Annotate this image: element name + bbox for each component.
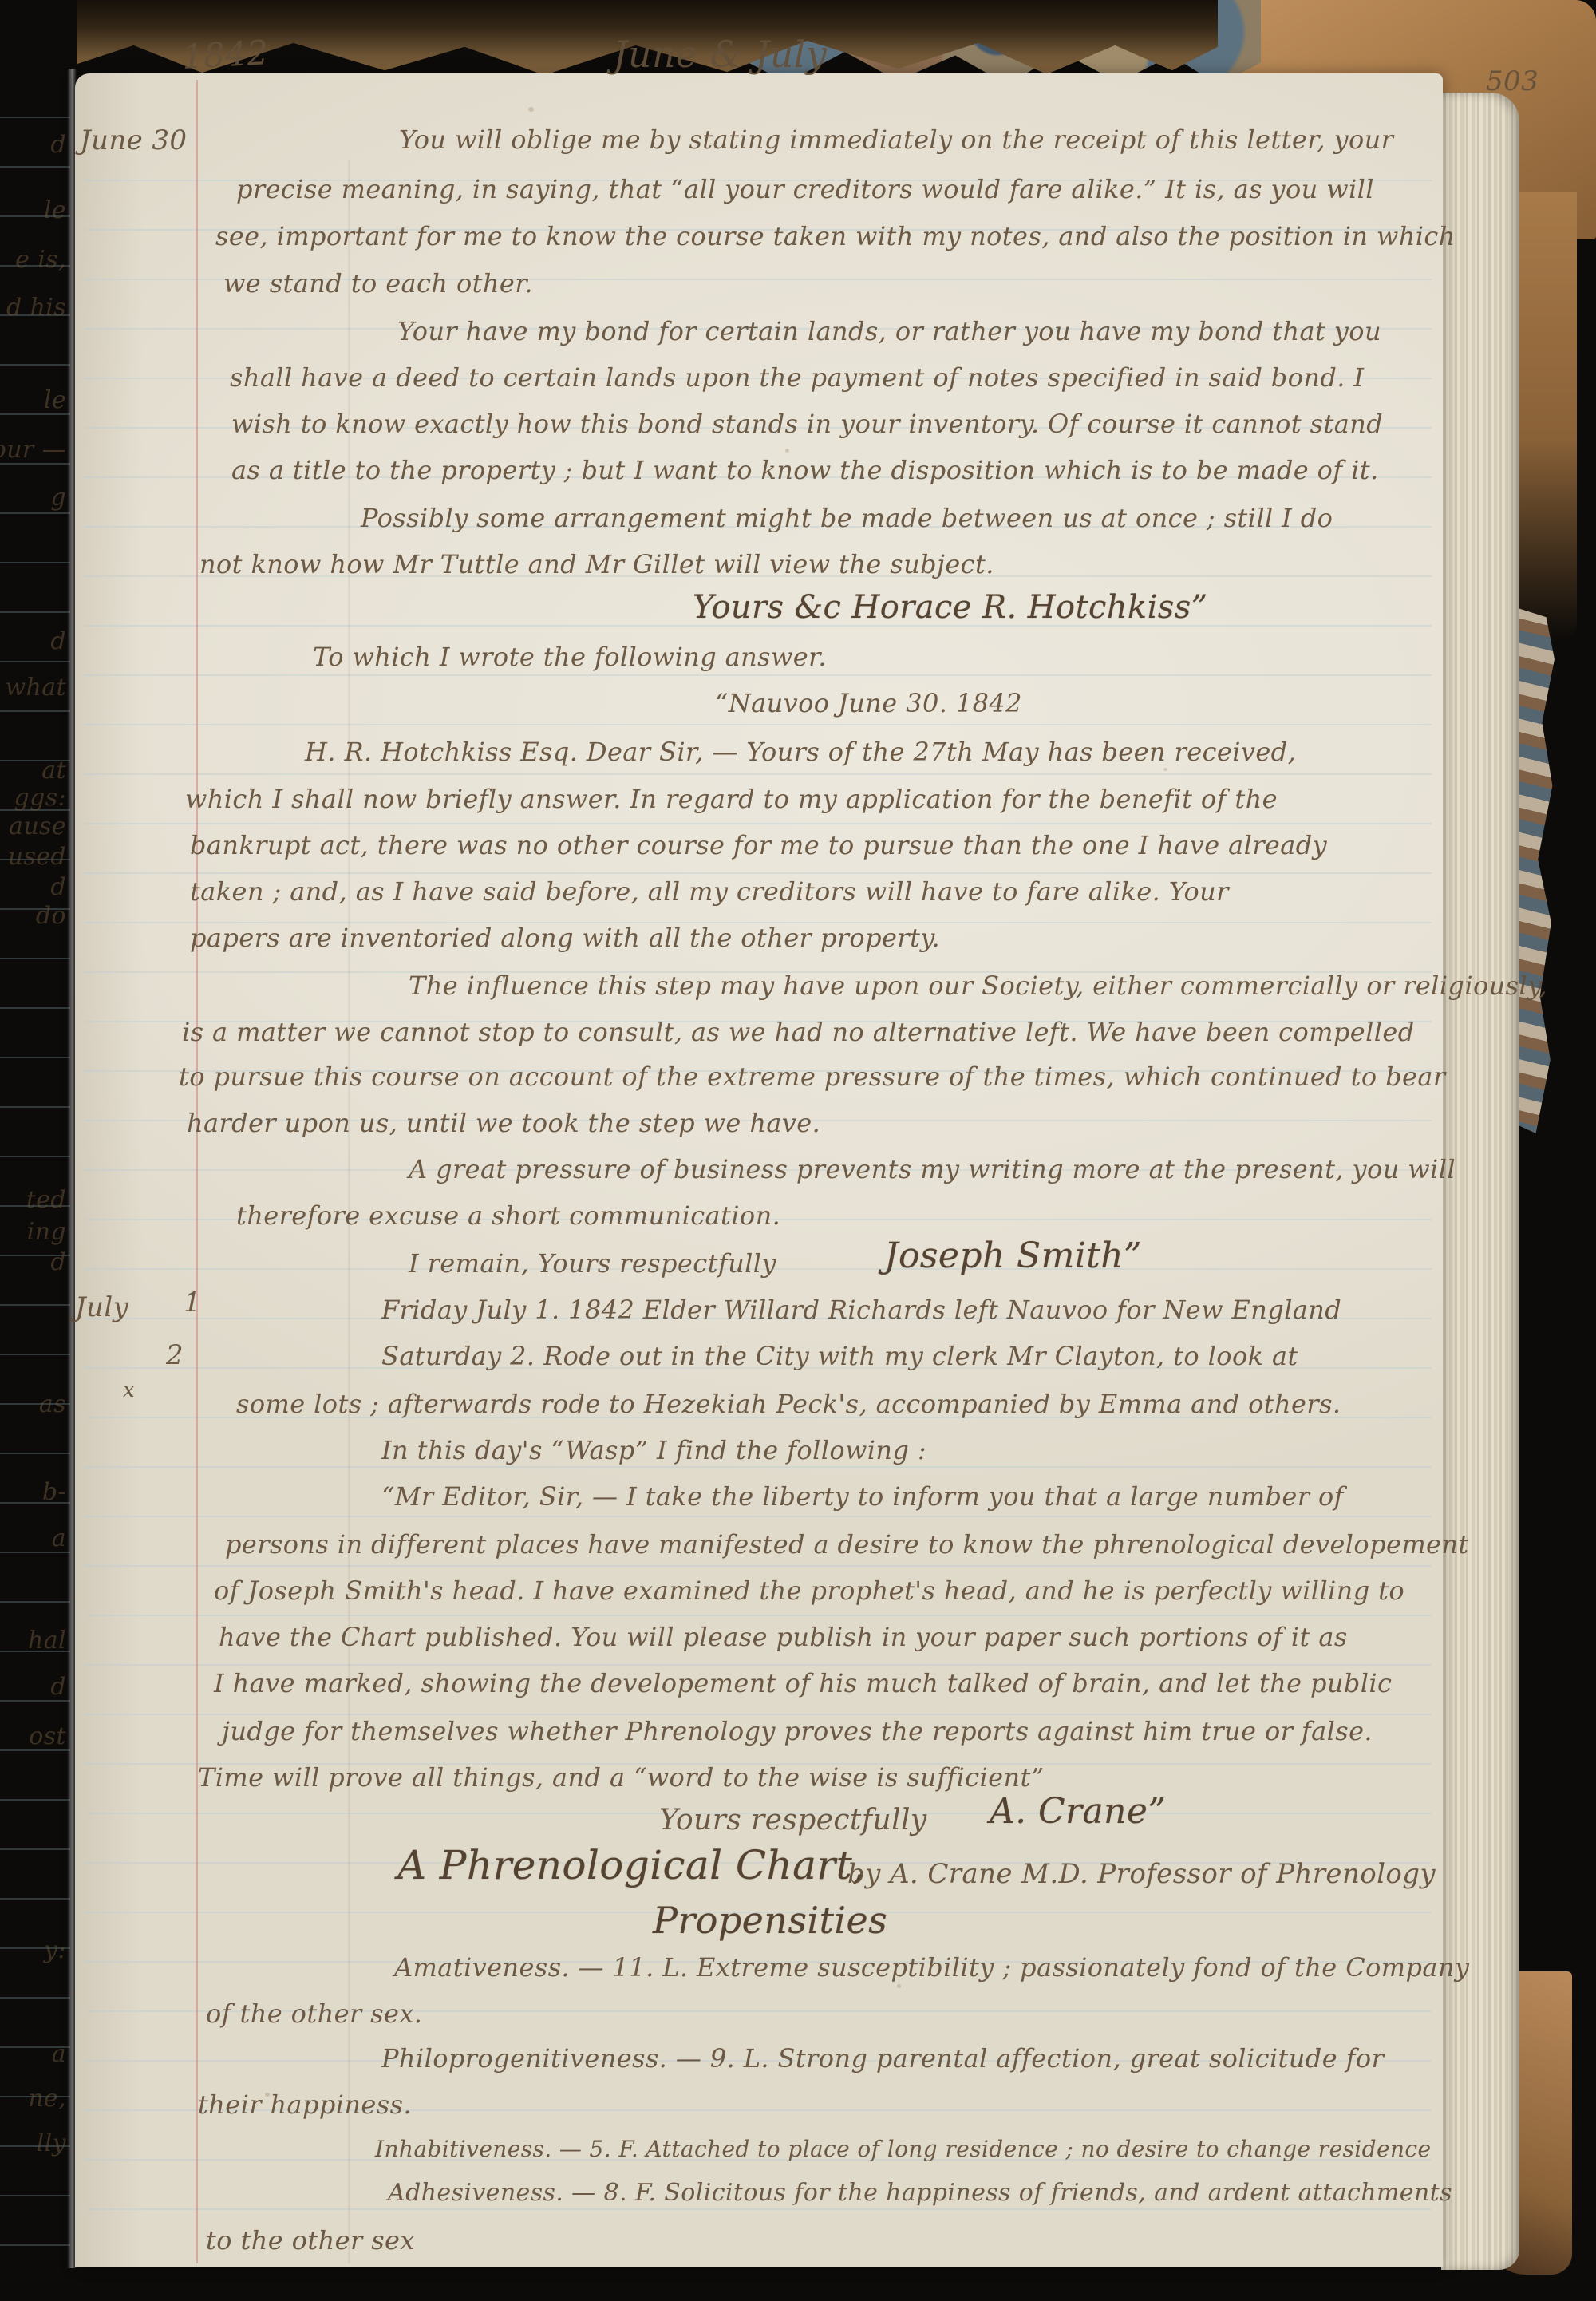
manuscript-line: I have marked, showing the developement … xyxy=(214,1670,1392,1698)
text-layer: 1842 June & July 503 You will oblige me … xyxy=(0,0,1596,2301)
margin-date: June 30 xyxy=(80,126,187,156)
manuscript-line: persons in different places have manifes… xyxy=(225,1531,1469,1559)
manuscript-line: A great pressure of business prevents my… xyxy=(409,1156,1456,1184)
manuscript-line: have the Chart published. You will pleas… xyxy=(219,1623,1348,1651)
manuscript-line: see, important for me to know the course… xyxy=(215,223,1456,251)
manuscript-line: “Nauvoo June 30. 1842 xyxy=(715,690,1022,718)
manuscript-line: Friday July 1. 1842 Elder Willard Richar… xyxy=(381,1296,1341,1324)
manuscript-line: not know how Mr Tuttle and Mr Gillet wil… xyxy=(199,551,994,579)
manuscript-line: we stand to each other. xyxy=(223,270,533,298)
manuscript-line: A Phrenological Chart, xyxy=(397,1844,865,1887)
manuscript-line: To which I wrote the following answer. xyxy=(313,643,827,671)
manuscript-line: A. Crane” xyxy=(990,1793,1166,1831)
manuscript-line: wish to know exactly how this bond stand… xyxy=(231,410,1383,438)
manuscript-line: Possibly some arrangement might be made … xyxy=(361,504,1333,532)
manuscript-line: judge for themselves whether Phrenology … xyxy=(222,1718,1373,1746)
manuscript-line: You will oblige me by stating immediatel… xyxy=(399,126,1393,154)
margin-date: 2 xyxy=(166,1341,184,1370)
manuscript-line: taken ; and, as I have said before, all … xyxy=(190,878,1229,906)
manuscript-line: The influence this step may have upon ou… xyxy=(409,972,1547,1000)
manuscript-line: Yours respectfully xyxy=(659,1805,927,1836)
manuscript-line: as a title to the property ; but I want … xyxy=(231,457,1379,484)
manuscript-line: of the other sex. xyxy=(206,2000,422,2028)
manuscript-line: of Joseph Smith's head. I have examined … xyxy=(214,1577,1404,1605)
manuscript-line: Propensities xyxy=(653,1901,887,1941)
manuscript-line: is a matter we cannot stop to consult, a… xyxy=(182,1018,1415,1046)
manuscript-line: Philoprogenitiveness. — 9. L. Strong par… xyxy=(381,2045,1384,2073)
manuscript-line: bankrupt act, there was no other course … xyxy=(190,832,1327,860)
manuscript-line: precise meaning, in saying, that “all yo… xyxy=(236,176,1374,204)
manuscript-line: their happiness. xyxy=(198,2091,412,2119)
manuscript-line: harder upon us, until we took the step w… xyxy=(187,1109,820,1137)
margin-date: 1 xyxy=(184,1288,201,1318)
manuscript-line: which I shall now briefly answer. In reg… xyxy=(185,785,1278,813)
manuscript-line: to the other sex xyxy=(206,2227,415,2255)
manuscript-line: Amativeness. — 11. L. Extreme susceptibi… xyxy=(394,1954,1469,1982)
margin-date: July xyxy=(75,1293,128,1322)
margin-date: x xyxy=(123,1379,135,1402)
manuscript-line: H. R. Hotchkiss Esq. Dear Sir, — Yours o… xyxy=(305,738,1296,766)
manuscript-line: shall have a deed to certain lands upon … xyxy=(230,364,1364,392)
year-heading: 1842 xyxy=(181,34,270,75)
manuscript-line: papers are inventoried along with all th… xyxy=(190,924,940,952)
manuscript-line: therefore excuse a short communication. xyxy=(236,1202,780,1230)
manuscript-line: Inhabitiveness. — 5. F. Attached to plac… xyxy=(375,2137,1431,2161)
manuscript-line: I remain, Yours respectfully xyxy=(409,1250,776,1278)
manuscript-line: Joseph Smith” xyxy=(884,1237,1142,1275)
manuscript-line: In this day's “Wasp” I find the followin… xyxy=(381,1437,926,1465)
month-title: June & July xyxy=(613,35,827,75)
manuscript-line: Time will prove all things, and a “word … xyxy=(198,1764,1045,1792)
manuscript-line: Adhesiveness. — 8. F. Solicitous for the… xyxy=(388,2180,1452,2206)
scanned-journal-page: dlee is,d hisleour —gdwhatatggs:auseused… xyxy=(0,0,1596,2301)
manuscript-line: some lots ; afterwards rode to Hezekiah … xyxy=(236,1390,1341,1418)
manuscript-line: Your have my bond for certain lands, or … xyxy=(397,318,1381,346)
manuscript-line: “Mr Editor, Sir, — I take the liberty to… xyxy=(381,1483,1344,1511)
manuscript-line: to pursue this course on account of the … xyxy=(179,1063,1446,1091)
manuscript-line: Saturday 2. Rode out in the City with my… xyxy=(381,1342,1298,1370)
page-number: 503 xyxy=(1486,67,1539,97)
manuscript-line: by A. Crane M.D. Professor of Phrenology xyxy=(847,1860,1436,1889)
manuscript-line: Yours &c Horace R. Hotchkiss” xyxy=(693,591,1207,625)
